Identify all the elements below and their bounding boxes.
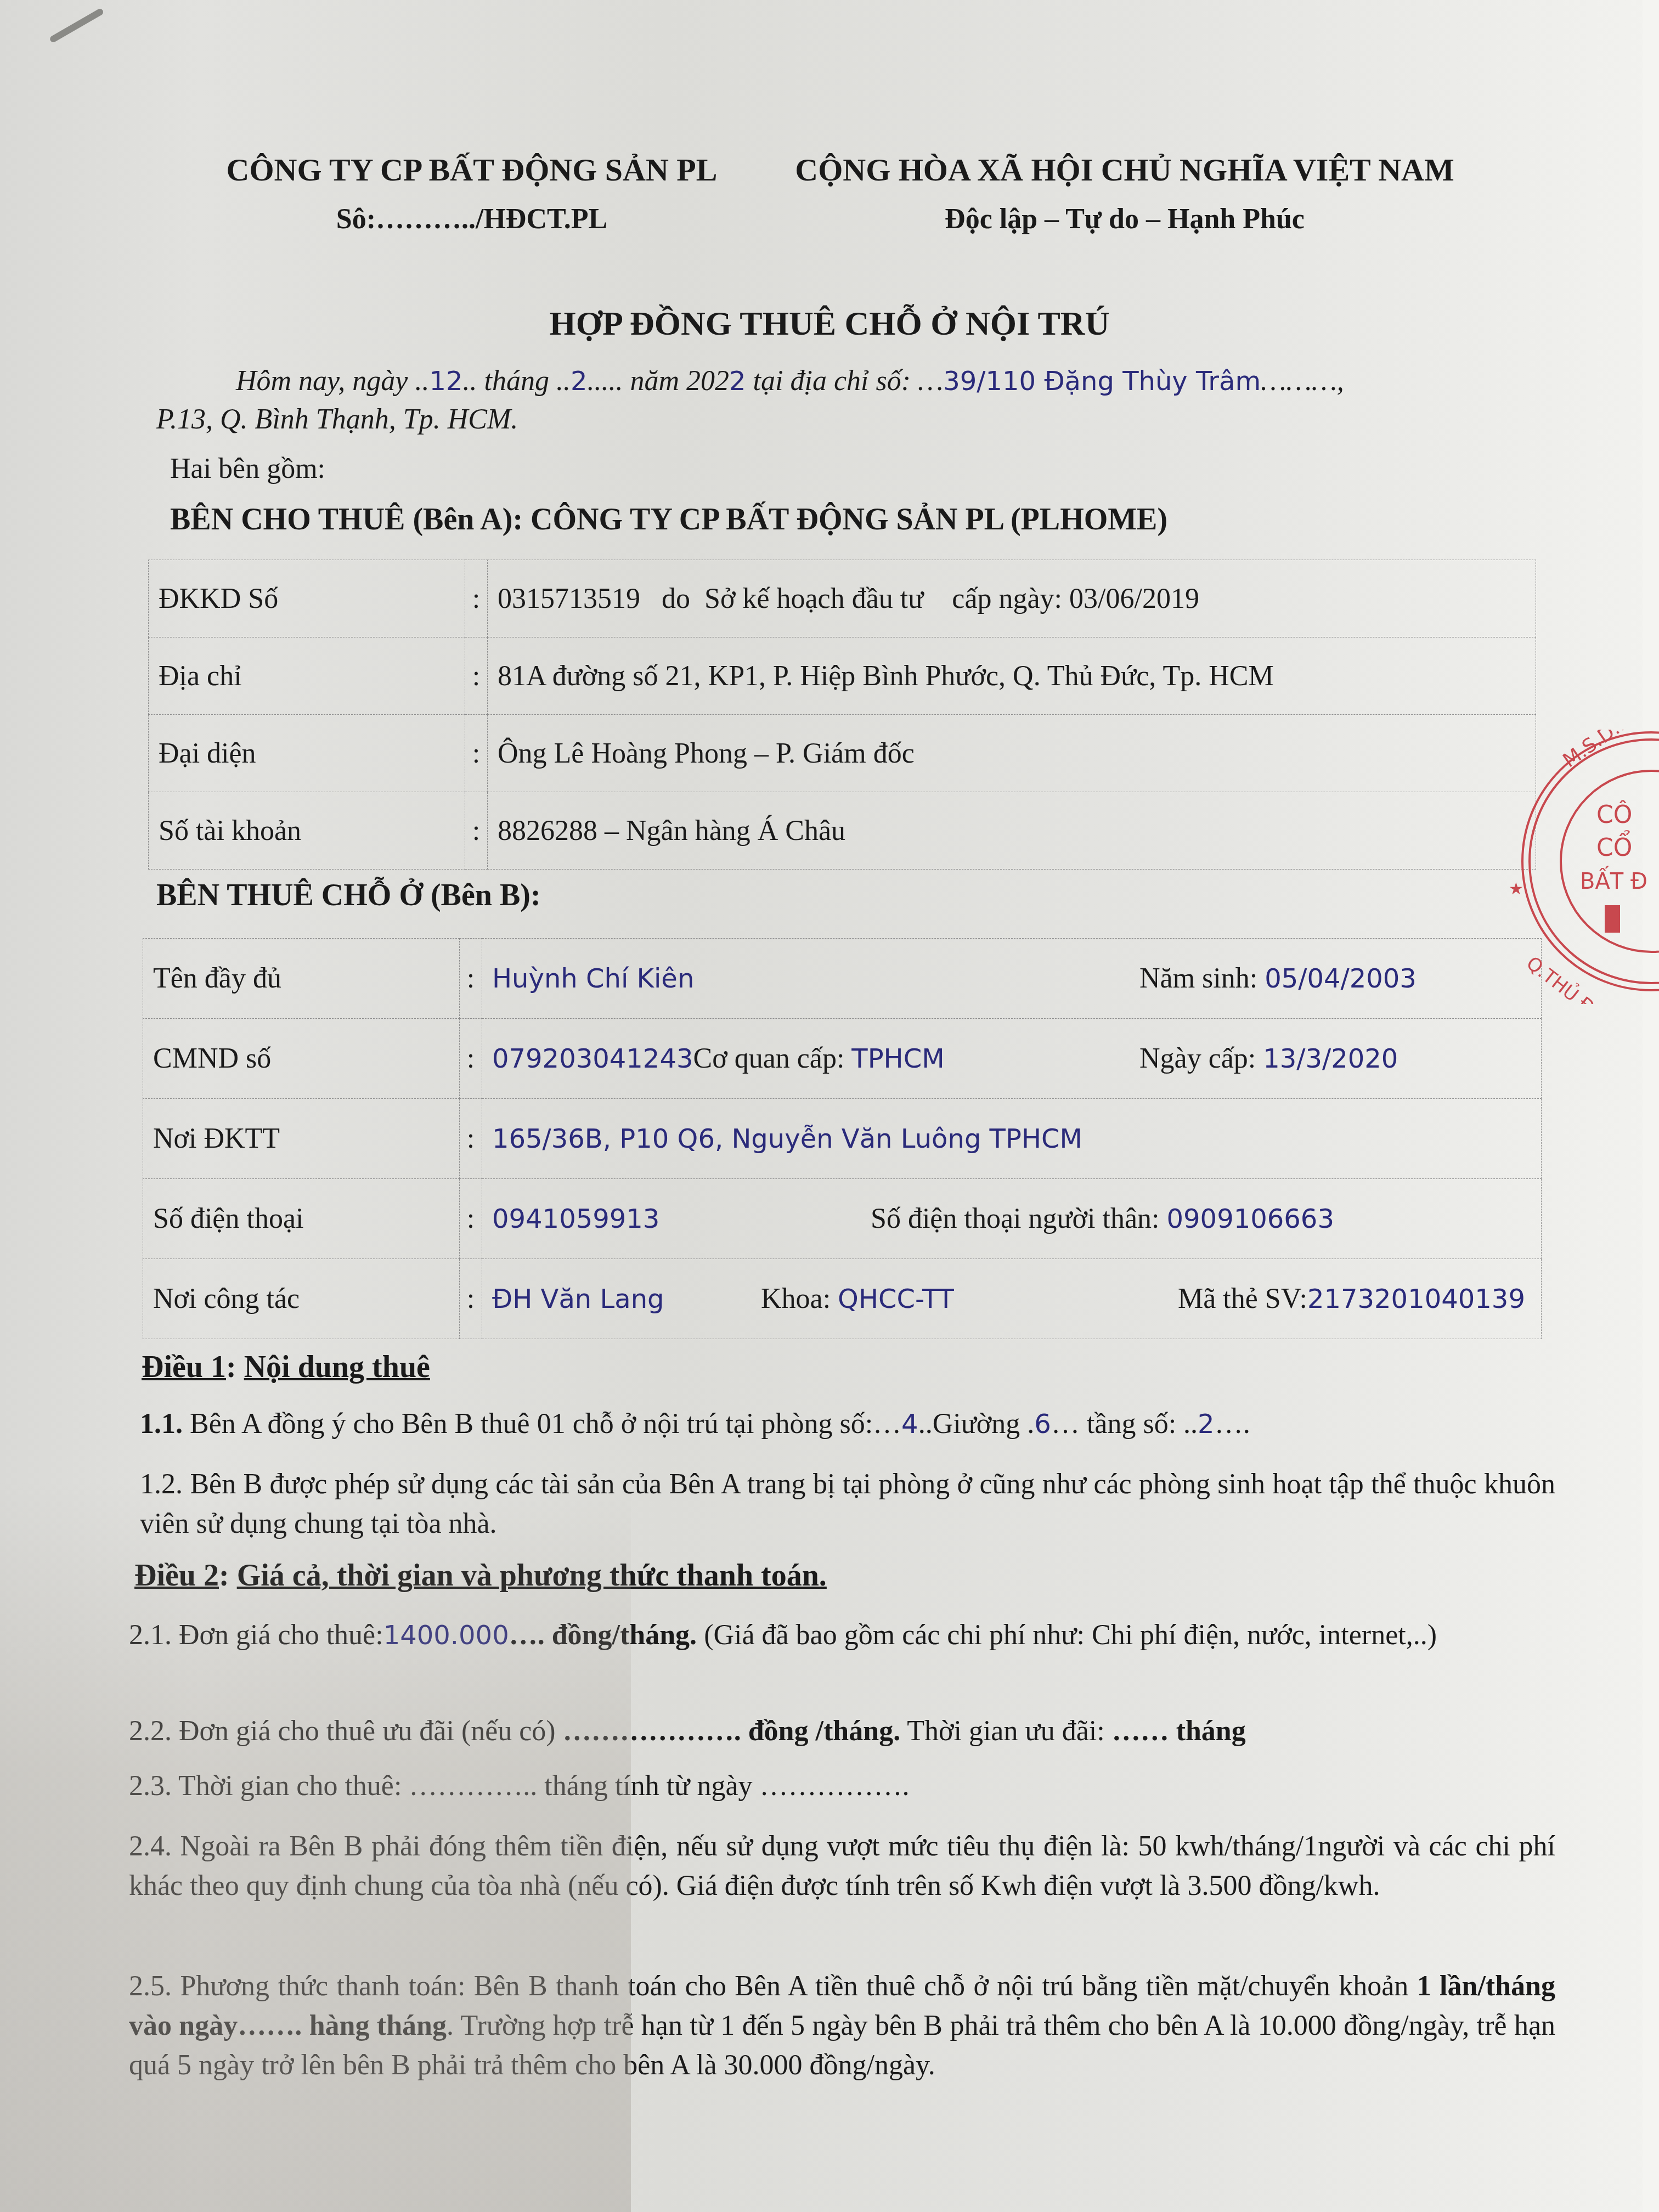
dob-value: 05/04/2003 — [1265, 963, 1417, 994]
row-label: Địa chỉ — [149, 637, 465, 715]
svg-text:Q.THỦ ĐỨC: Q.THỦ ĐỨC — [1522, 950, 1623, 1004]
article-1-heading: Điều 1: Nội dung thuê — [142, 1350, 430, 1385]
clause-2-3: 2.3. Thời gian cho thuê: ………….. tháng tí… — [129, 1767, 1555, 1806]
row-label: ĐKKD Số — [149, 560, 465, 637]
party-a-table: ĐKKD Số : 0315713519 do Sở kế hoạch đầu … — [148, 560, 1536, 870]
issuer-label: Cơ quan cấp: — [693, 1043, 851, 1074]
table-row: ĐKKD Số : 0315713519 do Sở kế hoạch đầu … — [149, 560, 1536, 637]
svg-text:BẤT Đ: BẤT Đ — [1580, 866, 1647, 894]
student-id-value: 2173201040139 — [1307, 1284, 1525, 1314]
svg-text:CÔ: CÔ — [1596, 800, 1632, 829]
contract-address: 39/110 Đặng Thùy Trâm — [943, 366, 1261, 397]
row-value: 8826288 – Ngân hàng Á Châu — [488, 792, 1536, 870]
relative-phone-label: Số điện thoại người thân: — [871, 1203, 1167, 1234]
room-number: 4 — [901, 1409, 918, 1440]
staple-mark — [49, 8, 104, 43]
relative-phone-value: 0909106663 — [1167, 1204, 1334, 1234]
row-value: 81A đường số 21, KP1, P. Hiệp Bình Phước… — [488, 637, 1536, 715]
clause-2-5: 2.5. Phương thức thanh toán: Bên B thanh… — [129, 1967, 1555, 2085]
row-label: Số tài khoản — [149, 792, 465, 870]
issuer-value: TPHCM — [851, 1043, 944, 1074]
nation-name: CỘNG HÒA XÃ HỘI CHỦ NGHĨA VIỆT NAM — [779, 148, 1470, 192]
row-value: Ông Lê Hoàng Phong – P. Giám đốc — [488, 715, 1536, 792]
phone-label: Số điện thoại — [143, 1179, 460, 1259]
rent-price: 1400.000 — [383, 1620, 509, 1651]
colon: : — [465, 715, 488, 792]
document-title: HỢP ĐỒNG THUÊ CHỖ Ở NỘI TRÚ — [0, 304, 1659, 343]
table-row: Số tài khoản : 8826288 – Ngân hàng Á Châ… — [149, 792, 1536, 870]
residence-label: Nơi ĐKTT — [143, 1099, 460, 1179]
bed-number: 6 — [1034, 1409, 1051, 1440]
colon: : — [460, 1179, 482, 1259]
colon: : — [460, 1019, 482, 1099]
full-name-label: Tên đầy đủ — [143, 939, 460, 1019]
table-row: Nơi công tác : ĐH Văn LangKhoa: QHCC-TTM… — [143, 1259, 1542, 1339]
floor-number: 2 — [1198, 1409, 1215, 1440]
dob-label: Năm sinh: — [1139, 963, 1265, 994]
intro-line-2: P.13, Q. Bình Thạnh, Tp. HCM. — [156, 400, 518, 439]
svg-text:★: ★ — [1509, 880, 1523, 898]
table-row: Đại diện : Ông Lê Hoàng Phong – P. Giám … — [149, 715, 1536, 792]
contract-month: 2 — [571, 366, 588, 397]
company-header: CÔNG TY CP BẤT ĐỘNG SẢN PL Sô:………../HĐCT… — [219, 148, 724, 241]
intro-line: Hôm nay, ngày ..12.. tháng ..2..... năm … — [236, 362, 1553, 400]
workplace-label: Nơi công tác — [143, 1259, 460, 1339]
colon: : — [460, 1259, 482, 1339]
row-value: 0315713519 do Sở kế hoạch đầu tư cấp ngà… — [488, 560, 1536, 637]
colon: : — [460, 1099, 482, 1179]
issue-date-label: Ngày cấp: — [1139, 1043, 1263, 1074]
document-number: Sô:………../HĐCT.PL — [219, 198, 724, 241]
svg-text:M.S.D.N:0315: M.S.D.N:0315 — [1559, 730, 1659, 772]
faculty-label: Khoa: — [761, 1283, 838, 1314]
table-row: CMND số : 079203041243Cơ quan cấp: TPHCM… — [143, 1019, 1542, 1099]
clause-2-2: 2.2. Đơn giá cho thuê ưu đãi (nếu có) ……… — [129, 1712, 1555, 1751]
colon: : — [465, 560, 488, 637]
colon: : — [465, 637, 488, 715]
phone-value: 0941059913 — [492, 1204, 871, 1234]
party-b-table: Tên đầy đủ : Huỳnh Chí KiênNăm sinh: 05/… — [143, 938, 1542, 1339]
table-row: Tên đầy đủ : Huỳnh Chí KiênNăm sinh: 05/… — [143, 939, 1542, 1019]
parties-label: Hai bên gồm: — [170, 450, 325, 488]
national-header: CỘNG HÒA XÃ HỘI CHỦ NGHĨA VIỆT NAM Độc l… — [779, 148, 1470, 241]
workplace-value: ĐH Văn Lang — [492, 1284, 761, 1314]
issue-date-value: 13/3/2020 — [1263, 1043, 1398, 1074]
clause-2-1: 2.1. Đơn giá cho thuê:1400.000…. đồng/th… — [129, 1616, 1555, 1655]
party-b-heading: BÊN THUÊ CHỖ Ở (Bên B): — [156, 878, 541, 913]
student-id-label: Mã thẻ SV: — [1178, 1283, 1307, 1314]
faculty-value: QHCC-TT — [838, 1284, 954, 1314]
colon: : — [460, 939, 482, 1019]
clause-1-1: 1.1. Bên A đồng ý cho Bên B thuê 01 chỗ … — [140, 1404, 1544, 1444]
table-row: Địa chỉ : 81A đường số 21, KP1, P. Hiệp … — [149, 637, 1536, 715]
clause-2-4: 2.4. Ngoài ra Bên B phải đóng thêm tiền … — [129, 1827, 1555, 1906]
table-row: Số điện thoại : 0941059913Số điện thoại … — [143, 1179, 1542, 1259]
company-name: CÔNG TY CP BẤT ĐỘNG SẢN PL — [219, 148, 724, 192]
company-stamp-icon: M.S.D.N:0315 Q.THỦ ĐỨC CÔ CỔ BẤT Đ ★ — [1492, 730, 1659, 1004]
clause-1-2: 1.2. Bên B được phép sử dụng các tài sản… — [140, 1465, 1555, 1544]
id-label: CMND số — [143, 1019, 460, 1099]
full-name-value: Huỳnh Chí Kiên — [492, 963, 1139, 994]
national-motto: Độc lập – Tự do – Hạnh Phúc — [779, 198, 1470, 241]
id-number-value: 079203041243 — [492, 1043, 693, 1074]
party-a-heading: BÊN CHO THUÊ (Bên A): CÔNG TY CP BẤT ĐỘN… — [170, 502, 1167, 537]
article-2-heading: Điều 2: Giá cả, thời gian và phương thức… — [134, 1558, 827, 1593]
colon: : — [465, 792, 488, 870]
svg-text:CỔ: CỔ — [1596, 830, 1632, 862]
contract-year-digit: 2 — [729, 366, 746, 397]
row-label: Đại diện — [149, 715, 465, 792]
table-row: Nơi ĐKTT : 165/36B, P10 Q6, Nguyễn Văn L… — [143, 1099, 1542, 1179]
contract-day: 12 — [429, 366, 462, 397]
residence-value: 165/36B, P10 Q6, Nguyễn Văn Luông TPHCM — [492, 1124, 1082, 1154]
